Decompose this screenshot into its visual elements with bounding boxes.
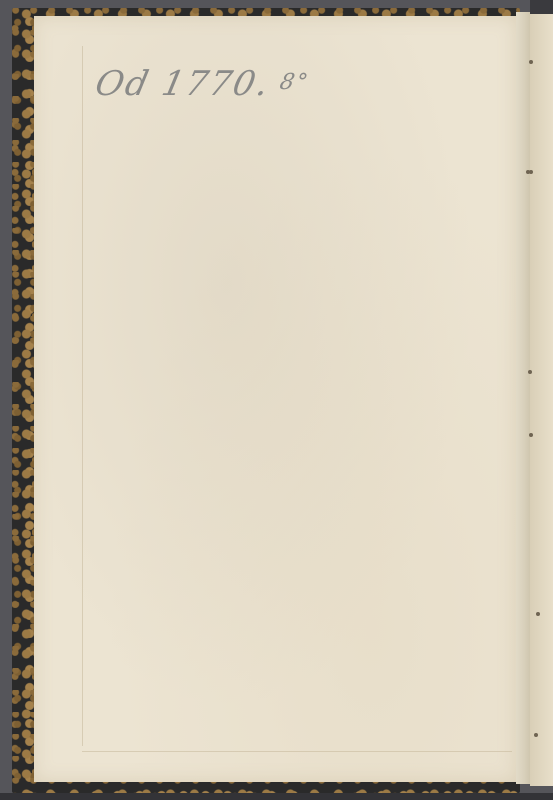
shelfmark-number: Od 1770.: [92, 64, 274, 104]
scan-bottom-edge: [0, 793, 553, 800]
stitch-hole: [534, 733, 538, 737]
stitch-hole: [529, 60, 533, 64]
paper-staining: [34, 16, 516, 782]
paste-down-sheet: [34, 16, 516, 782]
stitch-hole: [529, 170, 533, 174]
stitch-hole: [529, 433, 533, 437]
stitch-hole: [528, 370, 532, 374]
fold-line-vertical: [82, 46, 83, 746]
book-scan: Od 1770.8°: [0, 0, 553, 800]
handwritten-shelfmark: Od 1770.8°: [92, 64, 313, 104]
binding-hinge: [516, 12, 531, 784]
shelfmark-format: 8°: [277, 70, 311, 95]
stitch-hole: [536, 612, 540, 616]
fold-line-horizontal: [82, 751, 512, 752]
page-gap-top: [530, 0, 553, 14]
flyleaf-edge: [530, 14, 553, 786]
